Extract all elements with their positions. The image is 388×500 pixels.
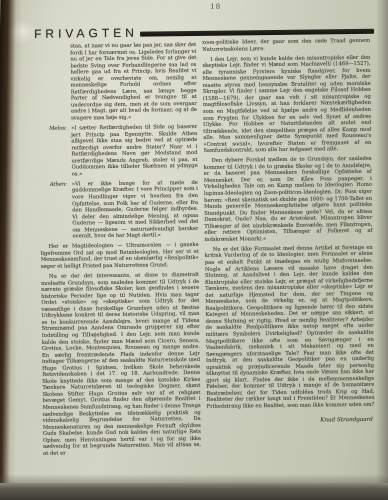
right-edge-shadow bbox=[376, 0, 388, 483]
left-column: staa, at naar vi nu gaar løs paa jer, sa… bbox=[38, 42, 201, 461]
masthead-title: FRIVAGTEN bbox=[34, 26, 138, 41]
paragraph: staa, at naar vi nu gaar løs paa jer, sa… bbox=[70, 42, 197, 122]
paragraph: Nu er det ikke Formaalet med denne Artik… bbox=[205, 245, 375, 411]
dialogue-speaker: Melos: bbox=[49, 126, 67, 133]
paragraph: Her er Magtideologien — Ultramoralen — i… bbox=[41, 242, 199, 270]
paragraph: Nu er der det interessante, at disse to … bbox=[41, 272, 201, 457]
scanned-page-photo: 18 FRIVAGTEN staa, at naar vi nu gaar lø… bbox=[0, 0, 388, 500]
page-number: 18 bbox=[201, 3, 231, 11]
page-bottom-shadow bbox=[0, 474, 388, 483]
masthead-rule bbox=[140, 29, 374, 36]
paragraph: I den Lejr, som vi kunde kalde den misan… bbox=[202, 54, 371, 154]
dialogue-text: »I sætter Retfærdigheden til Side og bas… bbox=[71, 124, 198, 177]
paragraph: zoon-politiske Ideer, der gaar som den r… bbox=[202, 38, 370, 53]
dialogue-paragraph: Melos:»I sætter Retfærdigheden til Side … bbox=[71, 124, 198, 178]
author-signature: Knud Strandgaard bbox=[207, 416, 375, 425]
right-column: zoon-politiske Ideer, der gaar som den r… bbox=[202, 38, 375, 425]
paragraph: Den dybere Forskel mellem de to Grundsyn… bbox=[204, 156, 373, 243]
page-content: 18 FRIVAGTEN staa, at naar vi nu gaar lø… bbox=[0, 0, 388, 486]
dialogue-text: »Vi er ikke bange for at møde de guddomm… bbox=[72, 180, 199, 240]
dialogue-speaker: Athen: bbox=[50, 181, 67, 188]
desk-surface bbox=[0, 483, 388, 500]
dialogue-paragraph: Athen:»Vi er ikke bange for at møde de g… bbox=[72, 180, 199, 240]
